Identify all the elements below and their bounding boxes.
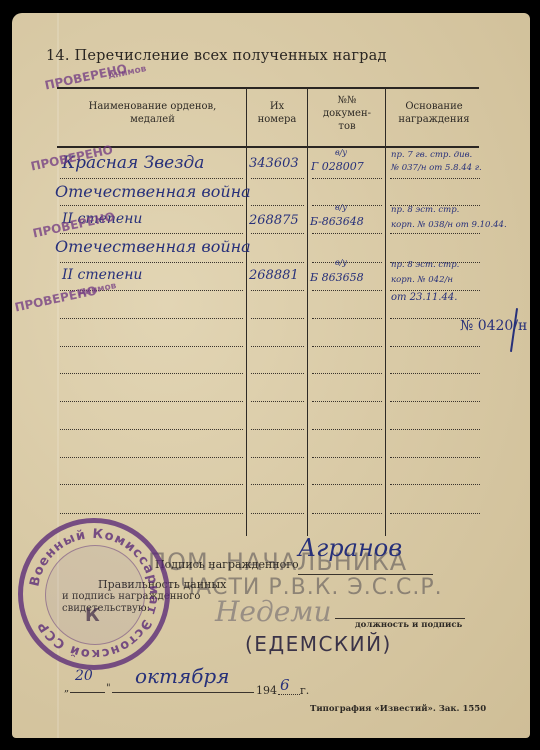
- svg-text:Военный Комиссариат Эстонской: Военный Комиссариат Эстонской ССР: [27, 527, 161, 661]
- header-line: Наименование орденов,: [60, 100, 245, 113]
- table-row-line: [312, 429, 382, 430]
- table-row-line: [390, 457, 480, 458]
- award-name-row-3-line2: II степени: [62, 267, 142, 283]
- header-numbers: Их номера: [248, 100, 306, 126]
- award-number-row-3: 268881: [249, 268, 299, 283]
- table-row-line: [390, 178, 480, 179]
- table-row-line: [312, 318, 382, 319]
- basis-row-3-line3: от 23.11.44.: [391, 292, 457, 303]
- doc-number-row-1: Г 028007: [311, 160, 364, 173]
- seal-center-letter: К: [85, 605, 100, 626]
- column-divider-2: [307, 88, 308, 536]
- header-documents: №№ докумен- тов: [309, 94, 385, 133]
- basis-row-1-line1: пр. 7 гв. стр. див.: [391, 150, 472, 160]
- position-signature-line: [335, 618, 465, 619]
- basis-row-3-line2: корп. № 042/н: [391, 275, 453, 285]
- date-year-prefix: 194: [256, 684, 277, 697]
- table-row-line: [251, 373, 304, 374]
- table-row-line: [251, 290, 304, 291]
- table-row-line: [312, 205, 382, 206]
- signature-awarded: Агранов: [298, 534, 402, 562]
- header-line: Их: [248, 100, 306, 113]
- date-day: 20: [75, 668, 93, 684]
- table-row-line: [60, 318, 243, 319]
- table-row-line: [251, 262, 304, 263]
- table-row-line: [60, 178, 243, 179]
- table-row-line: [312, 262, 382, 263]
- award-name-row-2-line1: Отечественная война: [55, 182, 251, 201]
- table-row-line: [251, 457, 304, 458]
- table-row-line: [251, 484, 304, 485]
- date-year-end: г.: [300, 684, 309, 697]
- table-row-line: [312, 513, 382, 514]
- table-row-line: [312, 484, 382, 485]
- table-row-line: [312, 290, 382, 291]
- award-name-row-3-line1: Отечественная война: [55, 237, 251, 256]
- table-row-line: [312, 233, 382, 234]
- doc-number-row-3: Б 863658: [310, 271, 364, 284]
- table-row-line: [312, 401, 382, 402]
- table-row-line: [251, 233, 304, 234]
- table-top-rule: [57, 87, 479, 89]
- award-number-row-2: 268875: [249, 213, 299, 228]
- table-row-line: [312, 346, 382, 347]
- table-row-line: [251, 178, 304, 179]
- table-row-line: [390, 373, 480, 374]
- doc-prefix-row-2: в/у: [335, 203, 347, 212]
- table-row-line: [60, 401, 243, 402]
- basis-row-1-line2: № 037/н от 5.8.44 г.: [391, 163, 482, 173]
- table-row-line: [60, 373, 243, 374]
- table-row-line: [390, 429, 480, 430]
- table-row-line: [60, 429, 243, 430]
- seal-text-ring: Военный Комиссариат Эстонской ССР: [18, 518, 170, 670]
- position-caption: должность и подпись: [355, 620, 462, 630]
- signature-awarded-label: Подпись награжденного: [155, 558, 299, 571]
- table-row-line: [60, 484, 243, 485]
- header-line: награждения: [388, 113, 480, 126]
- table-row-line: [390, 290, 480, 291]
- table-row-line: [390, 484, 480, 485]
- header-line: №№: [309, 94, 385, 107]
- table-row-line: [60, 262, 243, 263]
- table-row-line: [390, 401, 480, 402]
- basis-row-2-line1: пр. 8 эст. стр.: [391, 205, 459, 215]
- header-line: номера: [248, 113, 306, 126]
- date-day-line: [70, 692, 105, 693]
- doc-number-row-2: Б-863648: [310, 215, 364, 228]
- round-seal: Военный Комиссариат Эстонской ССР К: [18, 518, 170, 670]
- award-number-row-1: 343603: [249, 156, 299, 171]
- table-row-line: [312, 178, 382, 179]
- table-row-line: [60, 205, 243, 206]
- table-row-line: [251, 429, 304, 430]
- date-year-line: [278, 694, 300, 695]
- header-basis: Основание награждения: [388, 100, 480, 126]
- table-row-line: [60, 233, 243, 234]
- table-row-line: [60, 457, 243, 458]
- basis-row-3-line1: пр. 8 эст. стр.: [391, 260, 459, 270]
- official-signature: Недеми: [215, 595, 332, 628]
- table-row-line: [390, 346, 480, 347]
- table-row-line: [312, 457, 382, 458]
- header-line: тов: [309, 120, 385, 133]
- official-name: (ЕДЕМСКИЙ): [245, 632, 392, 656]
- basis-row-2-line2: корп. № 038/н от 9.10.44.: [391, 220, 507, 230]
- column-divider-3: [385, 88, 386, 536]
- table-row-line: [251, 205, 304, 206]
- date-year-suffix: 6: [280, 676, 290, 694]
- table-row-line: [251, 318, 304, 319]
- table-row-line: [390, 233, 480, 234]
- table-row-line: [60, 346, 243, 347]
- table-row-line: [390, 513, 480, 514]
- handwritten-annotation: № 0420/н: [460, 318, 527, 334]
- signature-awarded-line: [298, 574, 433, 575]
- doc-prefix-row-3: в/у: [335, 258, 347, 267]
- header-line: Основание: [388, 100, 480, 113]
- table-row-line: [251, 513, 304, 514]
- header-line: медалей: [60, 113, 245, 126]
- header-award-name: Наименование орденов, медалей: [60, 100, 245, 126]
- printer-imprint: Типография «Известий». Зак. 1550: [310, 704, 486, 714]
- header-line: докумен-: [309, 107, 385, 120]
- date-month-line: [112, 692, 254, 693]
- table-header-bottom-rule: [57, 146, 479, 148]
- doc-prefix-row-1: в/у: [335, 148, 347, 157]
- table-row-line: [60, 513, 243, 514]
- table-row-line: [312, 373, 382, 374]
- date-close-quote: ": [106, 683, 111, 694]
- table-row-line: [251, 346, 304, 347]
- column-divider-1: [246, 88, 247, 536]
- table-row-line: [251, 401, 304, 402]
- section-title: 14. Перечисление всех полученных наград: [46, 48, 387, 64]
- date-open-quote: „: [64, 683, 69, 694]
